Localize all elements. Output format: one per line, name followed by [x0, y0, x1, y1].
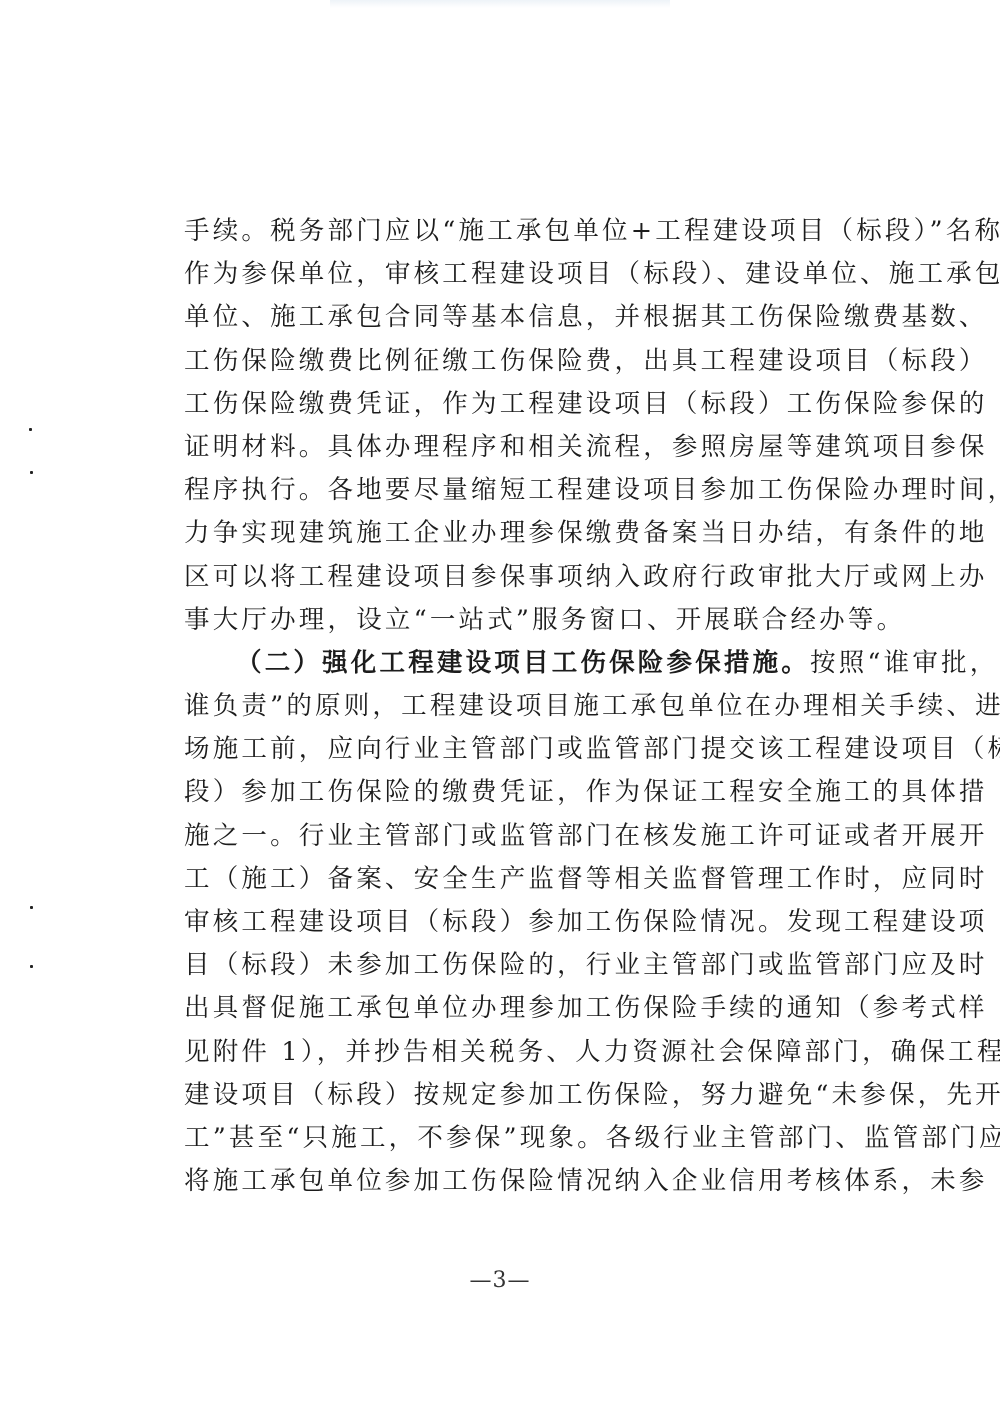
- paragraph-line: 建设项目（标段）按规定参加工伤保险，努力避免“未参保，先开: [184, 1074, 918, 1117]
- document-body: 手续。税务部门应以“施工承包单位+工程建设项目（标段）”名称 作为参保单位，审核…: [184, 210, 918, 1203]
- paragraph-text: 按照“谁审批，: [810, 648, 998, 678]
- paragraph-line: 单位、施工承包合同等基本信息，并根据其工伤保险缴费基数、: [184, 296, 918, 339]
- paragraph-line: 手续。税务部门应以“施工承包单位+工程建设项目（标段）”名称: [184, 210, 918, 253]
- paragraph-line: 场施工前，应向行业主管部门或监管部门提交该工程建设项目（标: [184, 728, 918, 771]
- paragraph-line: 作为参保单位，审核工程建设项目（标段）、建设单位、施工承包: [184, 253, 918, 296]
- paragraph-line: 段）参加工伤保险的缴费凭证，作为保证工程安全施工的具体措: [184, 771, 918, 814]
- paragraph-line: 谁负责”的原则，工程建设项目施工承包单位在办理相关手续、进: [184, 685, 918, 728]
- paragraph-line: 施之一。行业主管部门或监管部门在核发施工许可证或者开展开: [184, 815, 918, 858]
- paragraph-line: 工（施工）备案、安全生产监督等相关监督管理工作时，应同时: [184, 858, 918, 901]
- binding-hole-mark: [30, 965, 33, 968]
- paragraph-line: 工伤保险缴费凭证，作为工程建设项目（标段）工伤保险参保的: [184, 383, 918, 426]
- paragraph-line: 工伤保险缴费比例征缴工伤保险费，出具工程建设项目（标段）: [184, 340, 918, 383]
- paragraph-line: 出具督促施工承包单位办理参加工伤保险手续的通知（参考式样: [184, 987, 918, 1030]
- paragraph-line: 将施工承包单位参加工伤保险情况纳入企业信用考核体系，未参: [184, 1160, 918, 1203]
- paragraph-line: 审核工程建设项目（标段）参加工伤保险情况。发现工程建设项: [184, 901, 918, 944]
- section-heading-line: （二）强化工程建设项目工伤保险参保措施。按照“谁审批，: [184, 642, 918, 685]
- paragraph-line: 见附件 1），并抄告相关税务、人力资源社会保障部门，确保工程: [184, 1031, 918, 1074]
- section-heading: （二）强化工程建设项目工伤保险参保措施。: [236, 648, 810, 678]
- binding-hole-mark: [30, 906, 33, 909]
- paragraph-line: 力争实现建筑施工企业办理参保缴费备案当日办结，有条件的地: [184, 512, 918, 555]
- page-number: —3—: [0, 1268, 1000, 1293]
- paragraph-line: 证明材料。具体办理程序和相关流程，参照房屋等建筑项目参保: [184, 426, 918, 469]
- paragraph-line: 事大厅办理，设立“一站式”服务窗口、开展联合经办等。: [184, 599, 918, 642]
- binding-hole-mark: [29, 428, 32, 431]
- paragraph-line: 工”甚至“只施工，不参保”现象。各级行业主管部门、监管部门应: [184, 1117, 918, 1160]
- paragraph-line: 区可以将工程建设项目参保事项纳入政府行政审批大厅或网上办: [184, 556, 918, 599]
- scan-artifact-band: [330, 0, 670, 8]
- paragraph-line: 程序执行。各地要尽量缩短工程建设项目参加工伤保险办理时间，: [184, 469, 918, 512]
- binding-hole-mark: [30, 471, 33, 474]
- paragraph-line: 目（标段）未参加工伤保险的，行业主管部门或监管部门应及时: [184, 944, 918, 987]
